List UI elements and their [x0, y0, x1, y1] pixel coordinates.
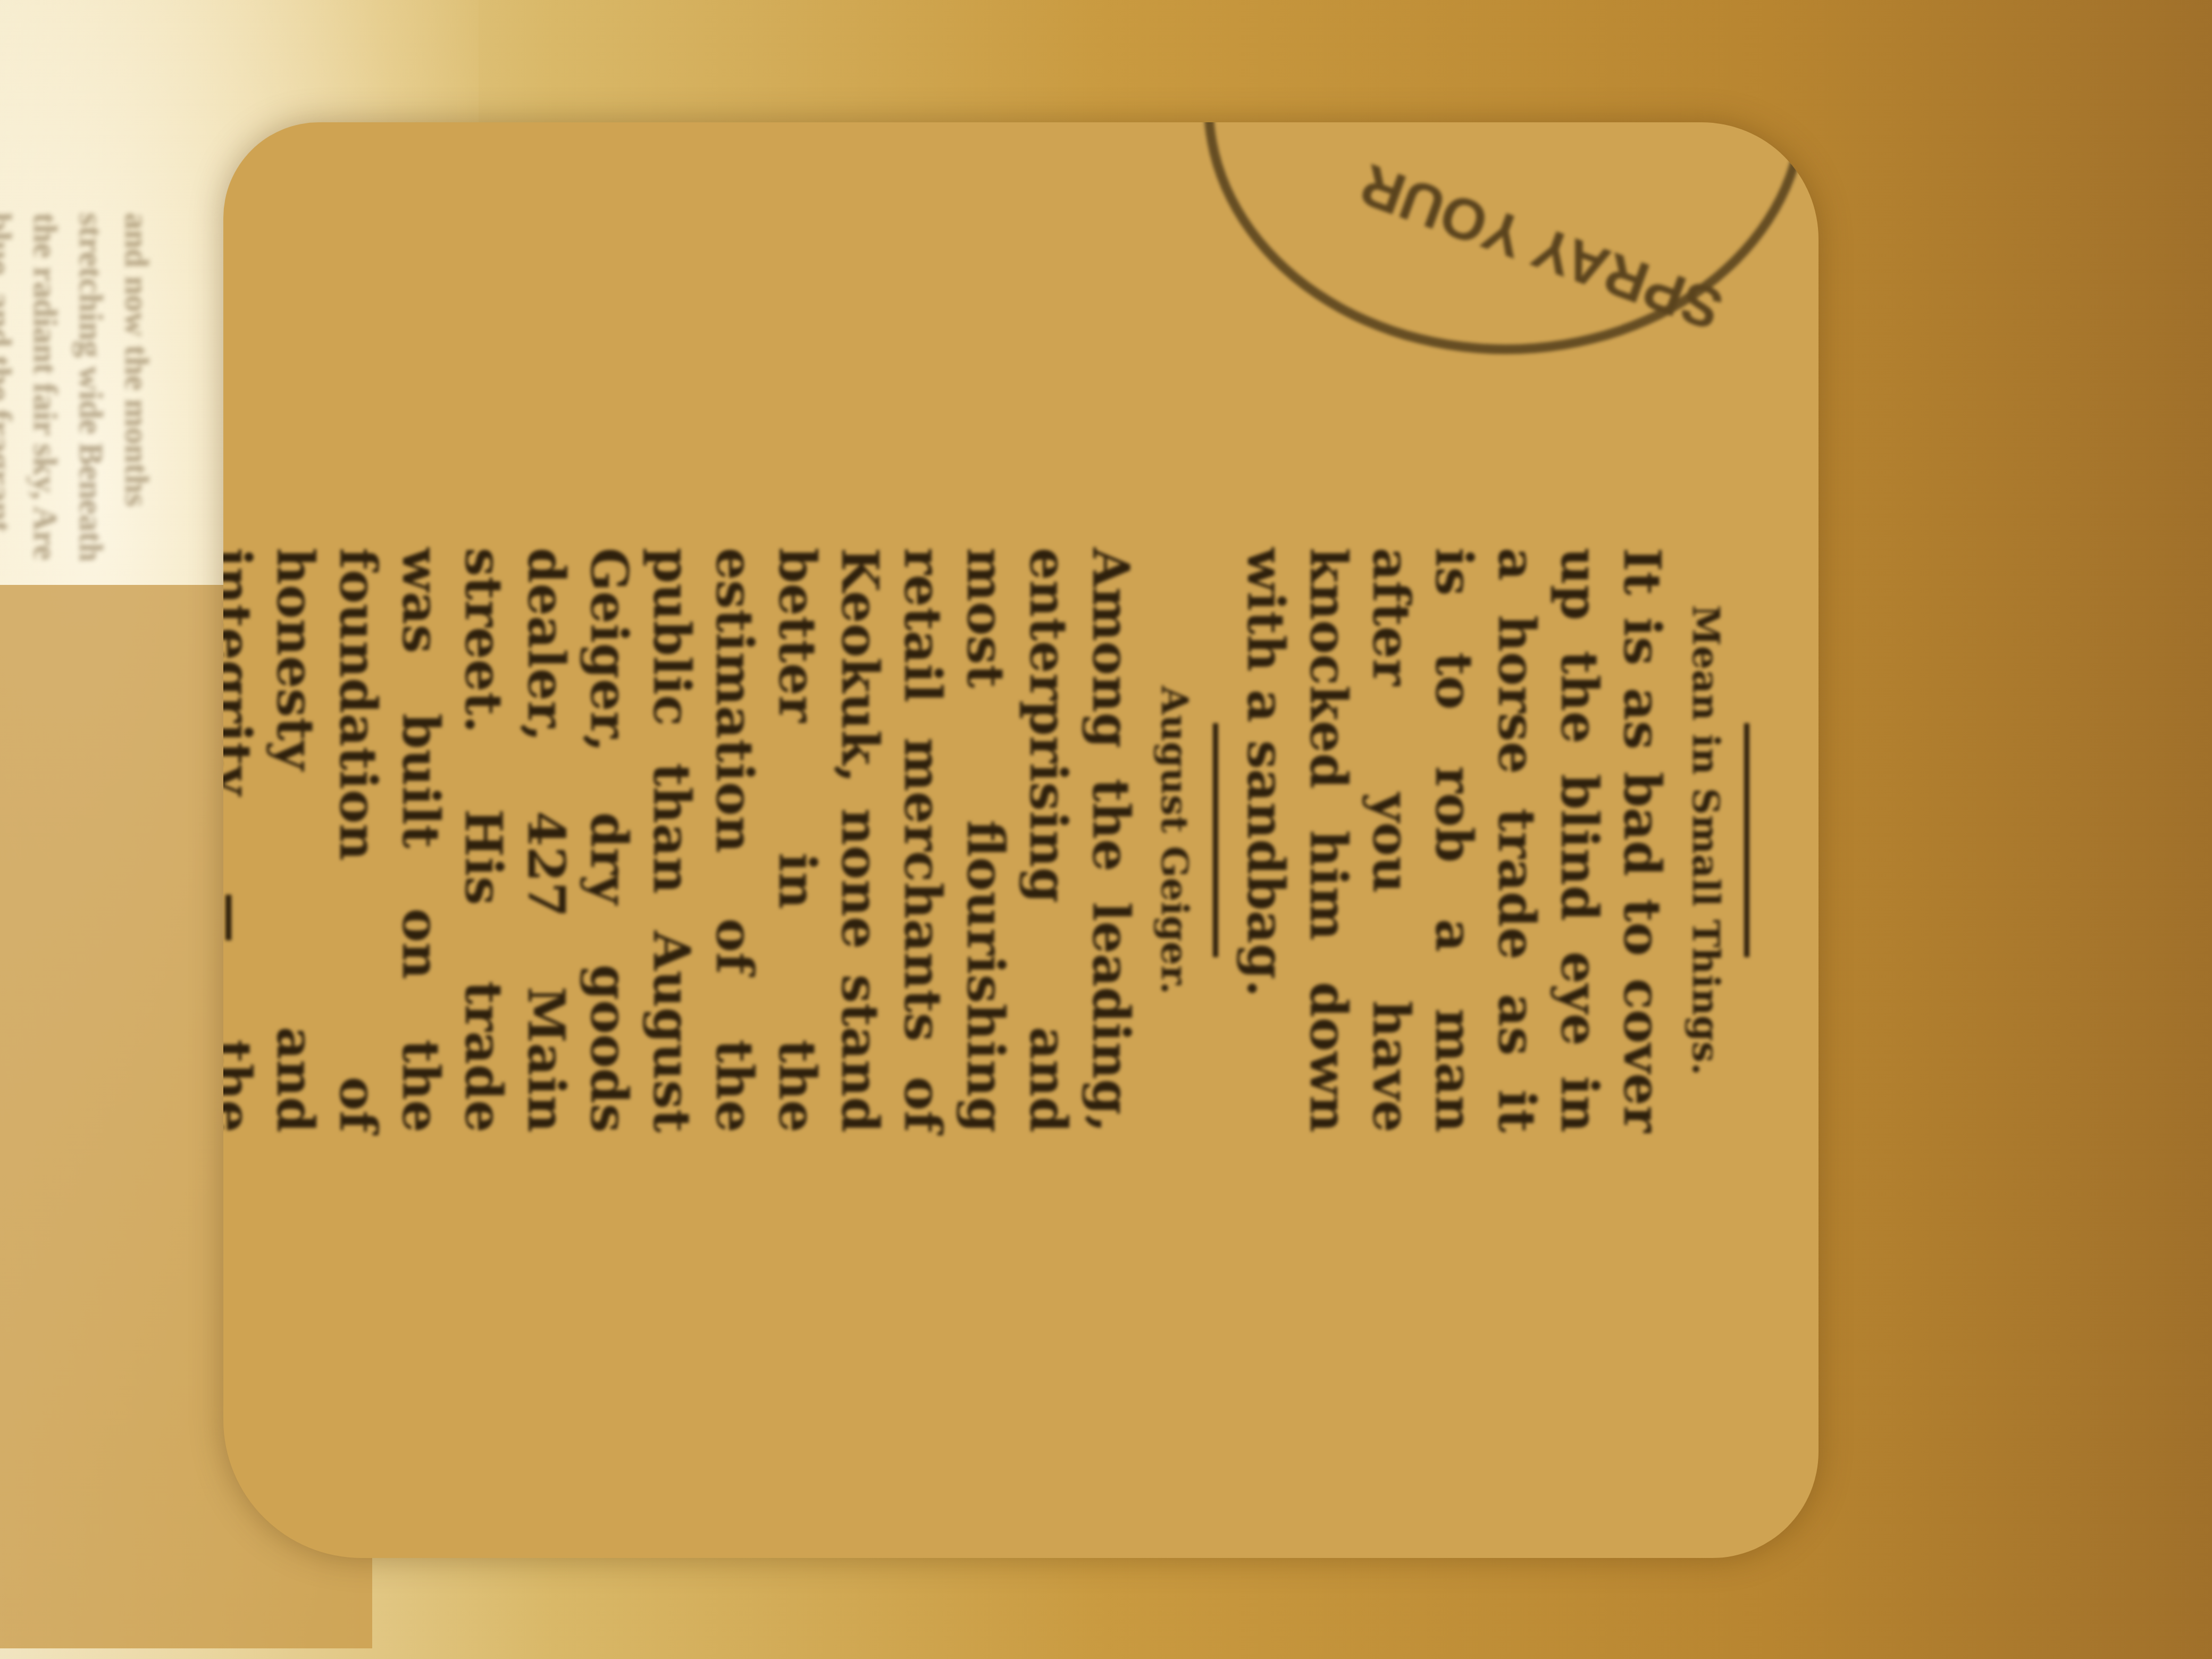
article-body: It is as bad to cover up the blind eye i… [1234, 548, 1673, 1133]
adjacent-poem-fragment: and now the months stretching wide Benea… [0, 213, 160, 585]
rotated-text-block: Mean in Small Things. It is as bad to co… [276, 149, 1765, 1531]
divider-rule [1213, 723, 1218, 957]
article-headline: Mean in Small Things. [1684, 548, 1728, 1133]
newspaper-clipping: SPRAY YOUR Mean in Small Things. It is a… [223, 122, 1819, 1558]
article-headline: August Geiger. [1153, 548, 1197, 1133]
article-body: Among the leading, enterprising and most… [223, 548, 1142, 1133]
article-column: Mean in Small Things. It is as bad to co… [223, 548, 1749, 1133]
divider-rule [1744, 723, 1749, 957]
